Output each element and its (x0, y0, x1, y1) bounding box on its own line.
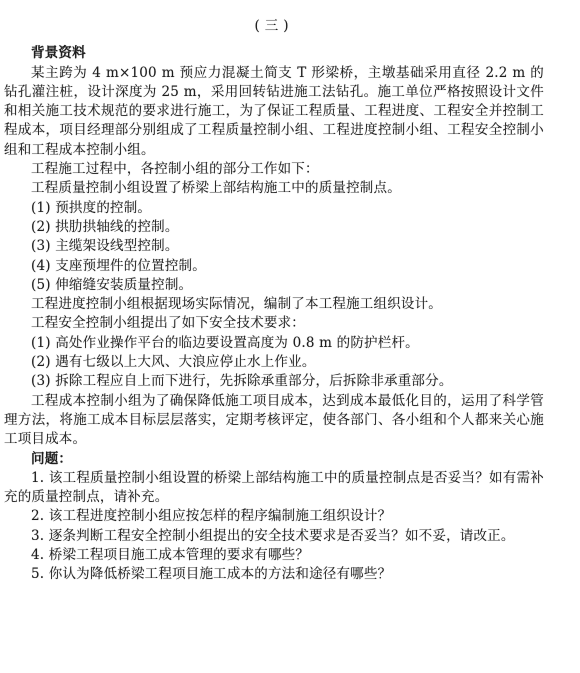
question-item-3: 3. 逐条判断工程安全控制小组提出的安全技术要求是否妥当？如不妥，请改正。 (4, 527, 544, 546)
questions-heading: 问题： (4, 450, 544, 469)
question-item-4: 4. 桥梁工程项目施工成本管理的要求有哪些？ (4, 546, 544, 565)
safety-point-item-1: (1) 高处作业操作平台的临边要设置高度为 0.8 m 的防护栏杆。 (4, 334, 544, 353)
section-number: (三) (4, 17, 544, 36)
safety-point-item-3: (3) 拆除工程应自上而下进行，先拆除承重部分，后拆除非承重部分。 (4, 372, 544, 391)
safety-point-item-2: (2) 遇有七级以上大风、大浪应停止水上作业。 (4, 353, 544, 372)
question-item-2: 2. 该工程进度控制小组应按怎样的程序编制施工组织设计？ (4, 507, 544, 526)
background-heading: 背景资料 (4, 44, 544, 63)
document-page: (三) 背景资料 某主跨为 4 m×100 m 预应力混凝土简支 T 形梁桥，主… (0, 0, 580, 673)
quality-point-item-5: (5) 伸缩缝安装质量控制。 (4, 276, 544, 295)
quality-point-item-3: (3) 主缆架设线型控制。 (4, 237, 544, 256)
progress-team-paragraph: 工程进度控制小组根据现场实际情况，编制了本工程施工组织设计。 (4, 295, 544, 314)
question-item-1: 1. 该工程质量控制小组设置的桥梁上部结构施工中的质量控制点是否妥当？如有需补充… (4, 469, 544, 508)
cost-team-paragraph: 工程成本控制小组为了确保降低施工项目成本，达到成本最低化目的，运用了科学管理方法… (4, 392, 544, 450)
safety-team-paragraph: 工程安全控制小组提出了如下安全技术要求： (4, 314, 544, 333)
background-intro-paragraph: 某主跨为 4 m×100 m 预应力混凝土简支 T 形梁桥，主墩基础采用直径 2… (4, 64, 544, 160)
page-content: (三) 背景资料 某主跨为 4 m×100 m 预应力混凝土简支 T 形梁桥，主… (0, 0, 580, 585)
quality-team-paragraph: 工程质量控制小组设置了桥梁上部结构施工中的质量控制点。 (4, 179, 544, 198)
quality-point-item-1: (1) 预拱度的控制。 (4, 199, 544, 218)
quality-point-item-2: (2) 拱肋拱轴线的控制。 (4, 218, 544, 237)
quality-point-item-4: (4) 支座预埋件的位置控制。 (4, 257, 544, 276)
question-item-5: 5. 你认为降低桥梁工程项目施工成本的方法和途径有哪些？ (4, 565, 544, 584)
teams-work-intro-paragraph: 工程施工过程中，各控制小组的部分工作如下： (4, 160, 544, 179)
